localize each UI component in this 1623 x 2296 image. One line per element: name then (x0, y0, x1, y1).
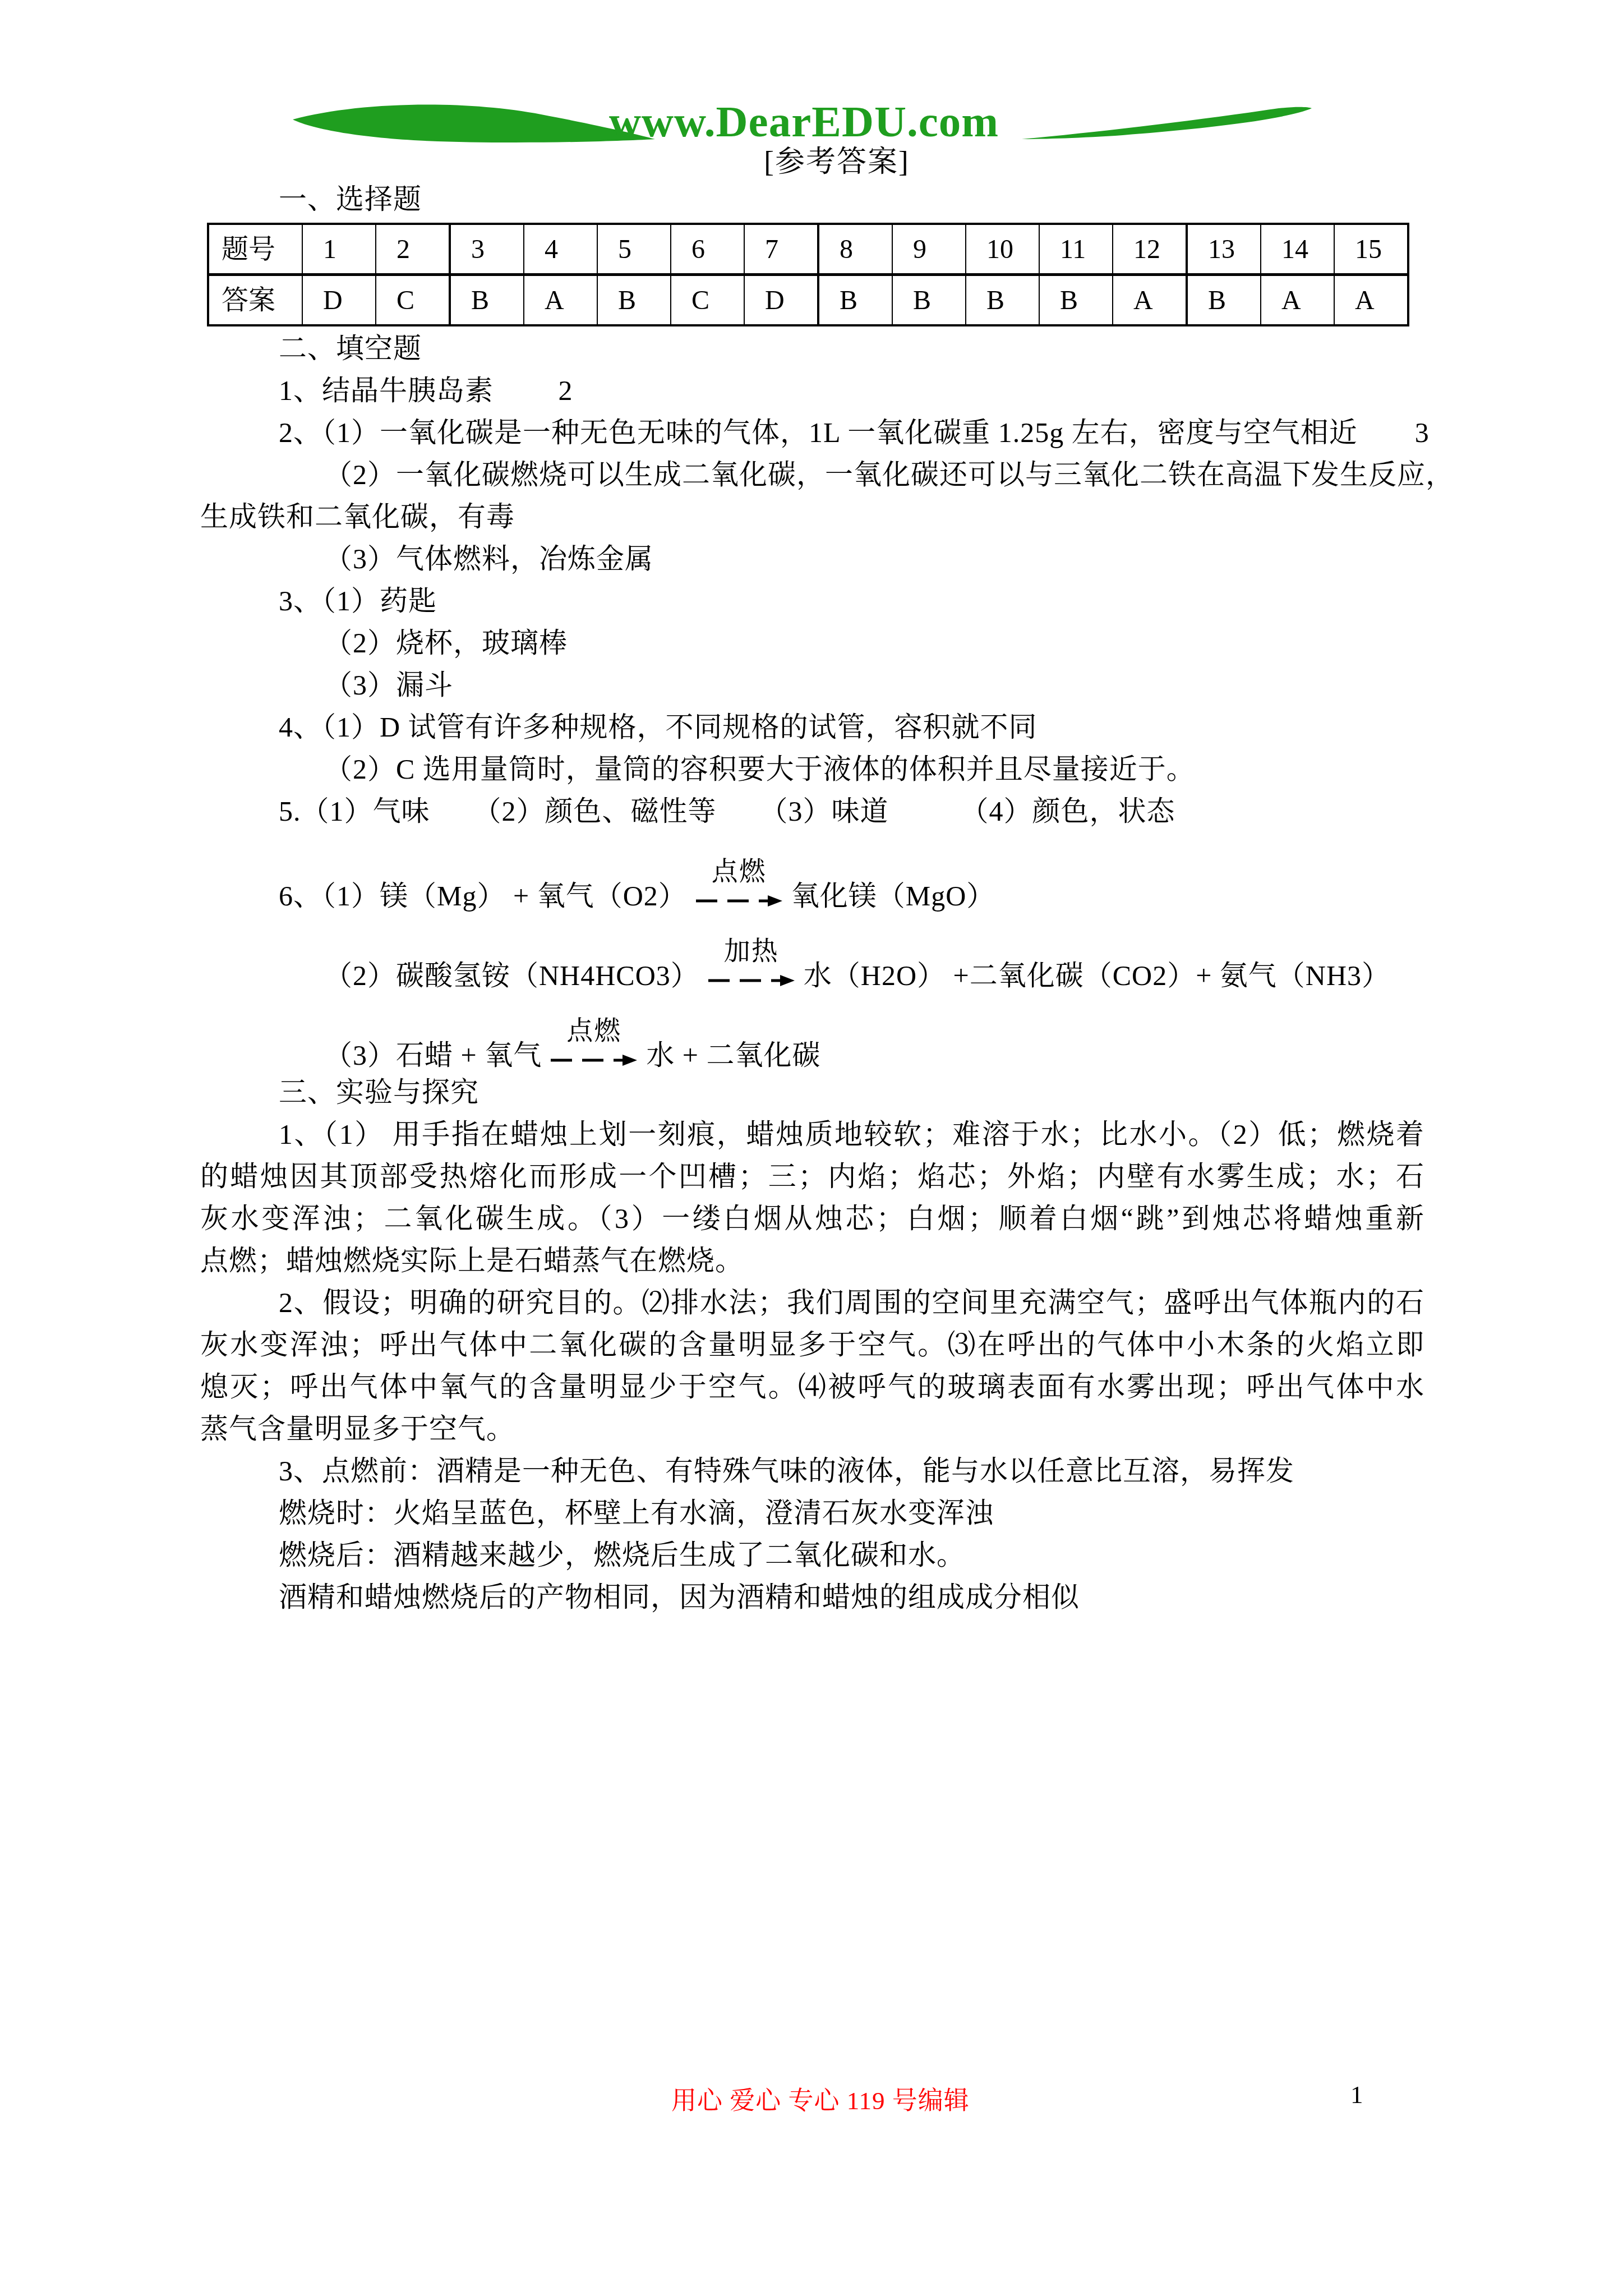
equation-products: 水（H2O） +二氧化碳（CO2）+ 氨气（NH3） (804, 959, 1390, 992)
doc-title: [参考答案] (0, 138, 1623, 181)
section-1-heading: 一、选择题 (200, 178, 1424, 220)
question-number-cell: 5 (597, 224, 671, 275)
equation-reactants: （3）石蜡 + 氧气 (324, 1039, 542, 1071)
answer-cell: A (524, 275, 597, 326)
exp-answer-2-l1: 2、假设；明确的研究目的。⑵排水法；我们周围的空间里充满空气；盛呼出气体瓶内的石 (200, 1282, 1424, 1324)
blank-answer-2-2: （2）一氧化碳燃烧可以生成二氧化碳，一氧化碳还可以与三氧化二铁在高温下发生反应， (200, 454, 1424, 496)
table-row: 答案DCBABCDBBBBABAA (208, 275, 1408, 326)
question-number-cell: 12 (1113, 224, 1187, 275)
question-number-cell: 7 (744, 224, 818, 275)
footer: 用心 爱心 专心 119 号编辑 1 (0, 2080, 1623, 2119)
answer-cell: B (818, 275, 892, 326)
section-3-heading: 三、实验与探究 (200, 1071, 1424, 1114)
document-page: { "logo": { "text": "www.DearEDU.com", "… (0, 0, 1623, 2296)
answer-cell: D (302, 275, 376, 326)
answer-cell: B (597, 275, 671, 326)
question-number-cell: 3 (450, 224, 524, 275)
answer-header: 答案 (208, 275, 302, 326)
footer-slogan: 用心 爱心 专心 119 号编辑 (671, 2080, 970, 2116)
question-number-cell: 15 (1334, 224, 1408, 275)
question-number-cell: 6 (671, 224, 744, 275)
question-number-cell: 13 (1187, 224, 1261, 275)
exp-answer-3-l2: 燃烧时：火焰呈蓝色，杯壁上有水滴，澄清石灰水变浑浊 (200, 1492, 1424, 1534)
blank-answer-2-1: 2、（1）一氧化碳是一种无色无味的气体，1L 一氧化碳重 1.25g 左右，密度… (200, 412, 1424, 454)
answer-cell: B (966, 275, 1039, 326)
equation-6-3: （3）石蜡 + 氧气点燃水 + 二氧化碳 (200, 992, 1424, 1071)
content-area: 一、选择题题号123456789101112131415答案DCBABCDBBB… (200, 178, 1424, 1618)
answer-cell: B (1187, 275, 1261, 326)
section-2-heading: 二、填空题 (200, 328, 1424, 370)
equation-reactants: （2）碳酸氢铵（NH4HCO3） (324, 959, 699, 992)
blank-answer-3-1: 3、（1）药匙 (200, 580, 1424, 622)
answer-cell: C (671, 275, 744, 326)
blank-answer-2-3: （3）气体燃料，冶炼金属 (200, 538, 1424, 580)
equation-6-1: 6、（1）镁（Mg） + 氧气（O2）点燃氧化镁（MgO） (200, 832, 1424, 912)
question-number-cell: 11 (1039, 224, 1113, 275)
question-number-cell: 4 (524, 224, 597, 275)
equation-arrow-unit: 加热 (707, 938, 796, 992)
equation-condition: 加热 (724, 938, 779, 965)
page-number: 1 (1350, 2080, 1363, 2109)
equation-reactants: 6、（1）镁（Mg） + 氧气（O2） (279, 880, 687, 912)
doc-title-text: [参考答案] (764, 146, 909, 178)
blank-answer-1: 1、结晶牛胰岛素 2 (200, 370, 1424, 412)
answer-cell: A (1334, 275, 1408, 326)
question-number-cell: 14 (1261, 224, 1334, 275)
exp-answer-3-l4: 酒精和蜡烛燃烧后的产物相同，因为酒精和蜡烛的组成成分相似 (200, 1576, 1424, 1618)
blank-answer-3-2: （2）烧杯，玻璃棒 (200, 622, 1424, 664)
exp-answer-3-l1: 3、点燃前：酒精是一种无色、有特殊气味的液体，能与水以任意比互溶，易挥发 (200, 1450, 1424, 1492)
exp-answer-3-l3: 燃烧后：酒精越来越少，燃烧后生成了二氧化碳和水。 (200, 1534, 1424, 1576)
blank-answer-2-2b: 生成铁和二氧化碳，有毒 (200, 496, 1424, 538)
answer-cell: A (1261, 275, 1334, 326)
equation-condition: 点燃 (566, 1018, 621, 1045)
exp-answer-2-l2: 灰水变浑浊；呼出气体中二氧化碳的含量明显多于空气。⑶在呼出的气体中小木条的火焰立… (200, 1324, 1424, 1366)
logo-swoosh-left (293, 105, 655, 142)
logo-swoosh-right (1022, 107, 1312, 139)
equation-6-2: （2）碳酸氢铵（NH4HCO3）加热水（H2O） +二氧化碳（CO2）+ 氨气（… (200, 912, 1424, 992)
reaction-arrow-icon (695, 895, 783, 907)
exp-answer-2-l3: 熄灭；呼出气体中氧气的含量明显少于空气。⑷被呼气的玻璃表面有水雾出现；呼出气体中… (200, 1366, 1424, 1408)
equation-condition: 点燃 (712, 859, 767, 885)
answer-cell: D (744, 275, 818, 326)
question-number-cell: 10 (966, 224, 1039, 275)
answer-cell: B (450, 275, 524, 326)
blank-answer-3-3: （3）漏斗 (200, 664, 1424, 706)
exp-answer-1-l3: 灰水变浑浊；二氧化碳生成。（3）一缕白烟从烛芯；白烟；顺着白烟“跳”到烛芯将蜡烛… (200, 1198, 1424, 1240)
question-number-cell: 8 (818, 224, 892, 275)
exp-answer-1-l4: 点燃；蜡烛燃烧实际上是石蜡蒸气在燃烧。 (200, 1240, 1424, 1282)
question-number-cell: 9 (892, 224, 966, 275)
equation-arrow-unit: 点燃 (550, 1018, 638, 1071)
question-number-cell: 1 (302, 224, 376, 275)
blank-answer-4-2: （2）C 选用量筒时，量筒的容积要大于液体的体积并且尽量接近于。 (200, 748, 1424, 790)
equation-products: 氧化镁（MgO） (791, 880, 995, 912)
answer-table: 题号123456789101112131415答案DCBABCDBBBBABAA (207, 223, 1409, 326)
exp-answer-1-l2: 的蜡烛因其顶部受热熔化而形成一个凹槽；三；内焰；焰芯；外焰；内壁有水雾生成；水；… (200, 1156, 1424, 1198)
answer-cell: B (1039, 275, 1113, 326)
answer-cell: B (892, 275, 966, 326)
blank-answer-4-1: 4、（1）D 试管有许多种规格，不同规格的试管，容积就不同 (200, 706, 1424, 748)
equation-products: 水 + 二氧化碳 (646, 1039, 820, 1071)
blank-answer-5: 5.（1）气味 （2）颜色、磁性等 （3）味道 （4）颜色，状态 (200, 790, 1424, 832)
answer-cell: C (376, 275, 450, 326)
exp-answer-1-l1: 1、（1） 用手指在蜡烛上划一刻痕，蜡烛质地较软；难溶于水；比水小。（2）低；燃… (200, 1114, 1424, 1156)
equation-arrow-unit: 点燃 (695, 859, 783, 912)
reaction-arrow-icon (550, 1054, 638, 1066)
question-number-cell: 2 (376, 224, 450, 275)
exp-answer-2-l4: 蒸气含量明显多于空气。 (200, 1408, 1424, 1450)
table-row: 题号123456789101112131415 (208, 224, 1408, 275)
answer-cell: A (1113, 275, 1187, 326)
reaction-arrow-icon (707, 974, 796, 987)
question-number-header: 题号 (208, 224, 302, 275)
